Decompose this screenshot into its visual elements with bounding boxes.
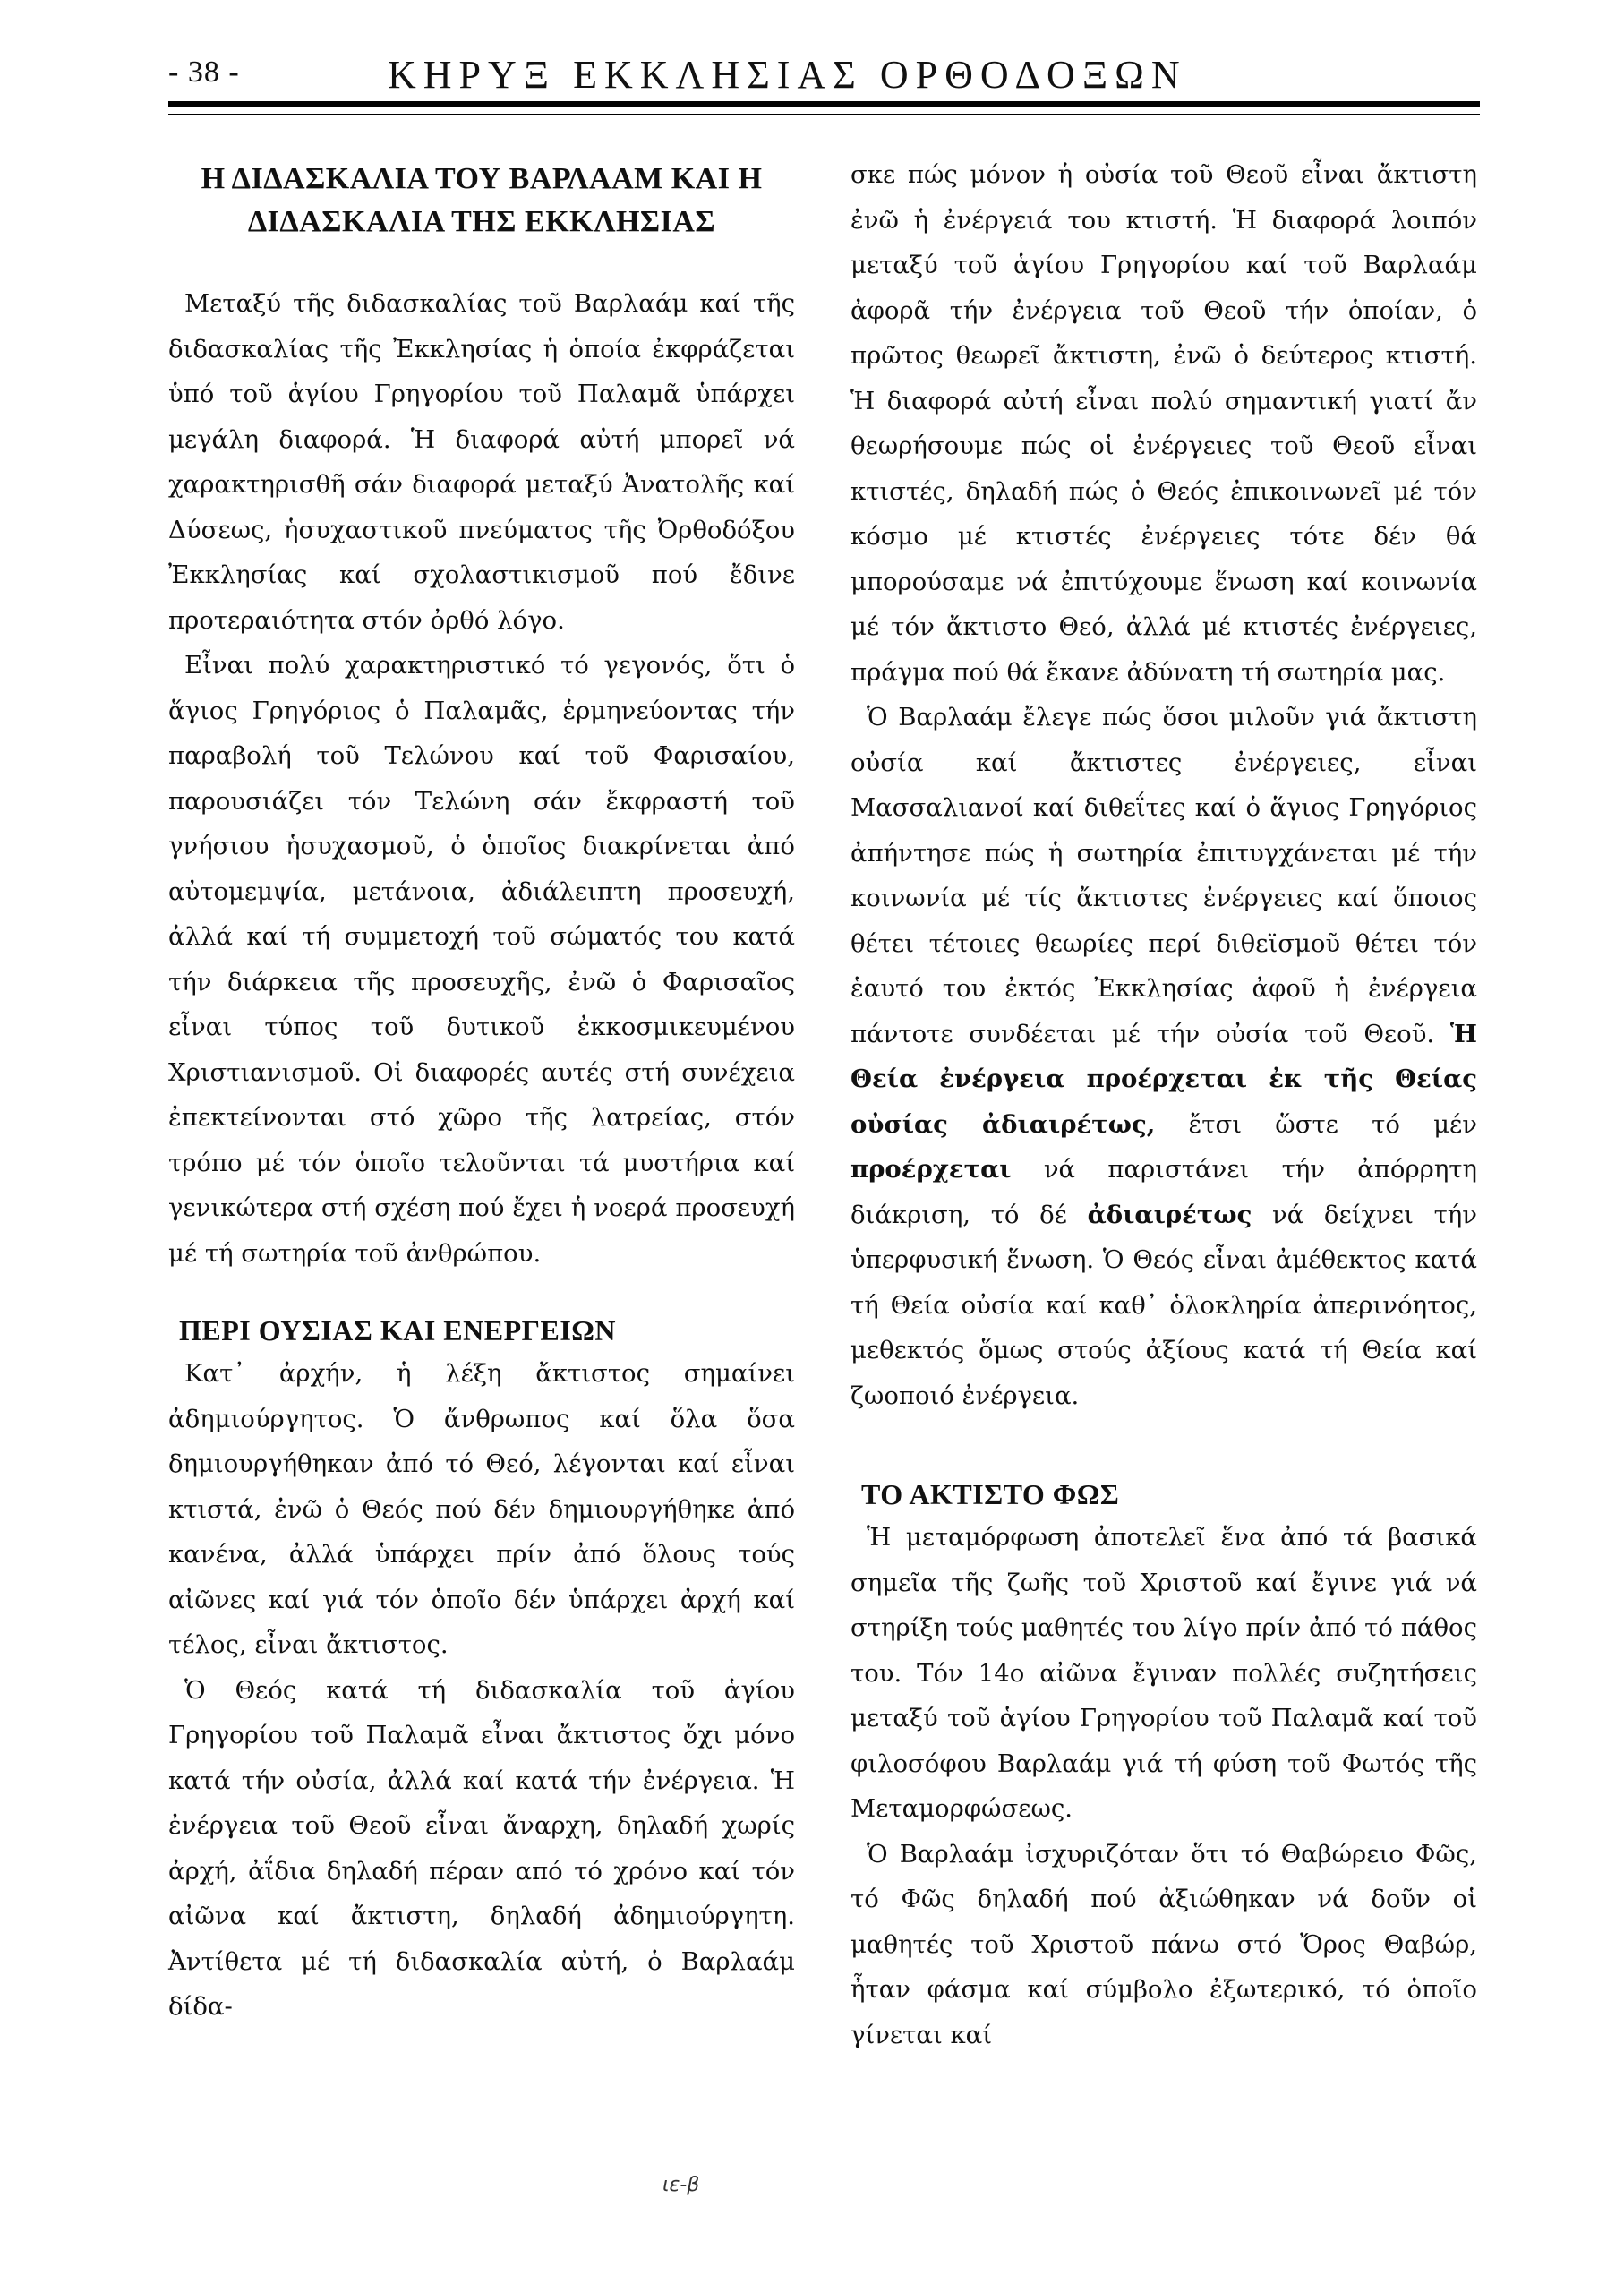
paragraph: Εἶναι πολύ χαρακτηριστικό τό γεγονός, ὅτ… (168, 643, 795, 1276)
paragraph-barlaam: Ὁ Βαρλαάμ ἔλεγε πώς ὅσοι μιλοῦν γιά ἄκτι… (850, 695, 1477, 1418)
section-heading-ousia: ΠΕΡΙ ΟΥΣΙΑΣ ΚΑΙ ΕΝΕΡΓΕΙΩΝ (179, 1310, 795, 1351)
paragraph: Ὁ Βαρλαάμ ἰσχυριζόταν ὅτι τό Θαβώρειο Φῶ… (850, 1832, 1477, 2058)
paragraph: Κατ᾽ ἀρχήν, ἡ λέξη ἄκτιστος σημαίνει ἀδη… (168, 1351, 795, 1668)
section-heading-aktisto-fos: ΤΟ ΑΚΤΙΣΤΟ ΦΩΣ (861, 1474, 1477, 1515)
bold-emphasis: ἀδιαιρέτως (1088, 1201, 1252, 1229)
text-span: ἔτσι ὥστε τό μέν (1155, 1110, 1477, 1139)
journal-title: ΚΗΡΥΞ ΕΚΚΛΗΣΙΑΣ ΟΡΘΟΔΟΞΩΝ (388, 52, 1187, 98)
page-number: - 38 - (168, 56, 240, 90)
right-column: σκε πώς μόνον ἡ οὐσία τοῦ Θεοῦ εἶναι ἄκτ… (850, 152, 1477, 2057)
article-title: Η ΔΙΔΑΣΚΑΛΙΑ ΤΟΥ ΒΑΡΛΑΑΜ ΚΑΙ Η ΔΙΔΑΣΚΑΛΙ… (168, 158, 795, 244)
bold-emphasis: προέρχεται (850, 1155, 1012, 1184)
running-header: - 38 - ΚΗΡΥΞ ΕΚΚΛΗΣΙΑΣ ΟΡΘΟΔΟΞΩΝ (168, 52, 1480, 97)
left-column: Η ΔΙΔΑΣΚΑΛΙΑ ΤΟΥ ΒΑΡΛΑΑΜ ΚΑΙ Η ΔΙΔΑΣΚΑΛΙ… (168, 152, 795, 2030)
paragraph: Μεταξύ τῆς διδασκαλίας τοῦ Βαρλαάμ καί τ… (168, 281, 795, 643)
text-span: Ὁ Βαρλαάμ ἔλεγε πώς ὅσοι μιλοῦν γιά ἄκτι… (850, 703, 1477, 1048)
paragraph-continued: σκε πώς μόνον ἡ οὐσία τοῦ Θεοῦ εἶναι ἄκτ… (850, 152, 1477, 695)
paragraph: Ὁ Θεός κατά τή διδασκαλία τοῦ ἁγίου Γρηγ… (168, 1668, 795, 2030)
paragraph: Ἡ μεταμόρφωση ἀποτελεῖ ἕνα ἀπό τά βασικά… (850, 1515, 1477, 1832)
header-rule-thick (168, 101, 1480, 107)
handwritten-mark: ιε-β (662, 2174, 699, 2196)
header-rule-thin (168, 114, 1480, 115)
text-span: νά δείχνει τήν ὑπερφυσική ἕνωση. Ὁ Θεός … (850, 1201, 1477, 1410)
